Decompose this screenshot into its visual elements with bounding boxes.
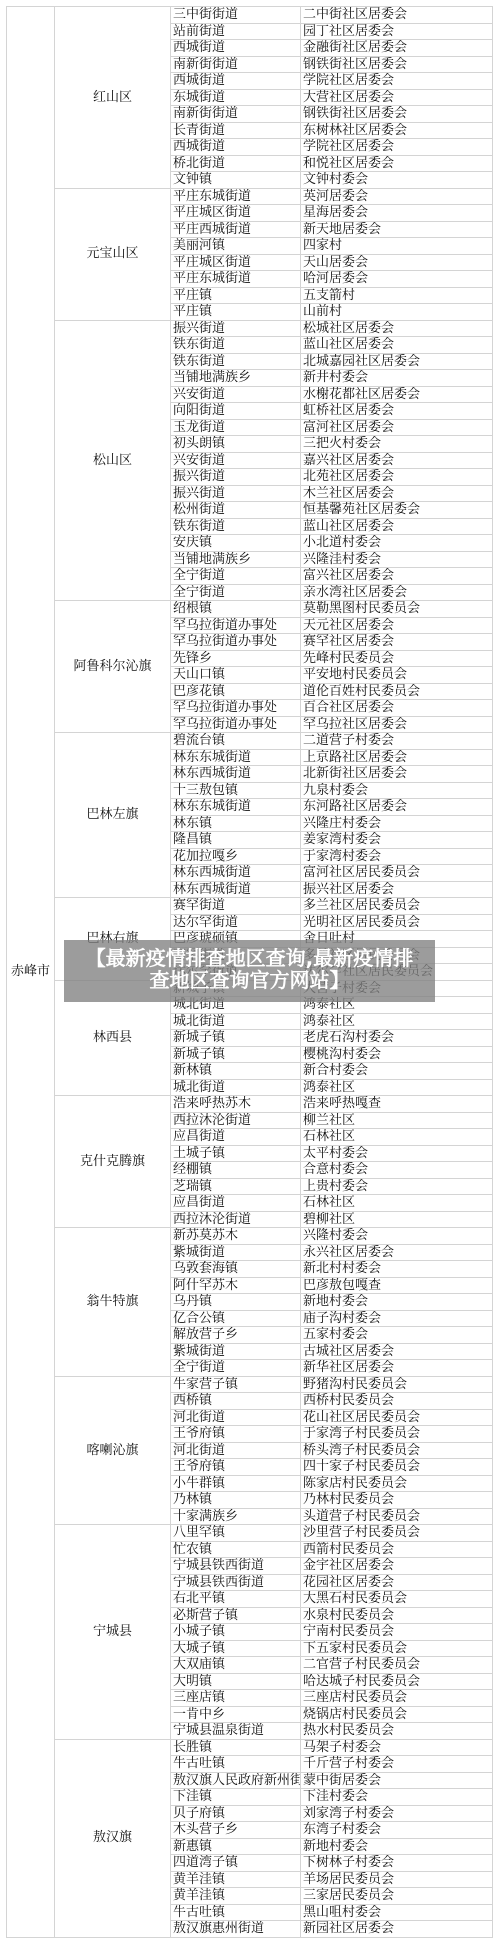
committee-cell: 三把火村委会 xyxy=(301,436,493,453)
town-cell: 铁东街道 xyxy=(171,519,301,536)
town-cell: 阿什罕苏木 xyxy=(171,1278,301,1295)
town-cell: 全宁街道 xyxy=(171,1360,301,1377)
town-cell: 全宁街道 xyxy=(171,585,301,602)
town-cell: 平庄镇 xyxy=(171,288,301,305)
town-cell: 绍根镇 xyxy=(171,601,301,618)
committee-cell: 水泉村民委员会 xyxy=(301,1608,493,1625)
town-cell: 达尔罕街道 xyxy=(171,915,301,932)
banner-title: 【最新疫情排查地区查询,最新疫情排查地区查询官方网站】 xyxy=(86,946,414,992)
committee-cell: 大黑石村民委员会 xyxy=(301,1591,493,1608)
committee-cell: 莫勒黑图村民委员会 xyxy=(301,601,493,618)
committee-cell: 松城社区居委会 xyxy=(301,321,493,338)
town-cell: 平庄镇 xyxy=(171,304,301,321)
town-cell: 十三敖包镇 xyxy=(171,783,301,800)
committee-cell: 五家村委会 xyxy=(301,1327,493,1344)
town-cell: 玉龙街道 xyxy=(171,420,301,437)
committee-cell: 多兰社区居民委员会 xyxy=(301,898,493,915)
committee-cell: 虹桥社区居委会 xyxy=(301,403,493,420)
district-cell: 敖汉旗 xyxy=(55,1740,171,1938)
committee-cell: 木兰社区居委会 xyxy=(301,486,493,503)
town-cell: 西城街道 xyxy=(171,40,301,57)
committee-cell: 蓝山社区居委会 xyxy=(301,337,493,354)
committee-cell: 五支箭村 xyxy=(301,288,493,305)
district-cell: 红山区 xyxy=(55,7,171,189)
committee-cell: 刘家湾子村委会 xyxy=(301,1806,493,1823)
committee-cell: 花园社区居委会 xyxy=(301,1575,493,1592)
watermark-banner: 【最新疫情排查地区查询,最新疫情排查地区查询官方网站】 xyxy=(64,940,435,1002)
town-cell: 碧流台镇 xyxy=(171,733,301,750)
town-cell: 罕乌拉街道办事处 xyxy=(171,618,301,635)
committee-cell: 四十家子村民委员会 xyxy=(301,1459,493,1476)
committee-cell: 上贵村委会 xyxy=(301,1179,493,1196)
committee-cell: 羊场居民委员会 xyxy=(301,1872,493,1889)
committee-cell: 赛罕社区居委会 xyxy=(301,634,493,651)
town-cell: 小城子镇 xyxy=(171,1624,301,1641)
committee-cell: 新井村委会 xyxy=(301,370,493,387)
town-cell: 桥北街道 xyxy=(171,156,301,173)
town-cell: 大城子镇 xyxy=(171,1641,301,1658)
committee-cell: 庙子沟村委会 xyxy=(301,1311,493,1328)
town-cell: 下洼镇 xyxy=(171,1789,301,1806)
committee-cell: 宁南村民委员会 xyxy=(301,1624,493,1641)
committee-cell: 北苑社区居委会 xyxy=(301,469,493,486)
committee-cell: 钢铁街社区居委会 xyxy=(301,57,493,74)
town-cell: 乌敦套海镇 xyxy=(171,1261,301,1278)
committee-cell: 新天地居委会 xyxy=(301,222,493,239)
town-cell: 黄羊洼镇 xyxy=(171,1872,301,1889)
committee-cell: 振兴社区居委会 xyxy=(301,882,493,899)
committee-cell: 罕乌拉社区居委会 xyxy=(301,717,493,734)
town-cell: 长胜镇 xyxy=(171,1740,301,1757)
district-cell: 松山区 xyxy=(55,321,171,602)
town-cell: 亿合公镇 xyxy=(171,1311,301,1328)
committee-cell: 下洼村委会 xyxy=(301,1789,493,1806)
town-cell: 巴彦花镇 xyxy=(171,684,301,701)
committee-cell: 下树林子村委会 xyxy=(301,1855,493,1872)
district-cell: 巴林左旗 xyxy=(55,733,171,898)
committee-cell: 小北道村委会 xyxy=(301,535,493,552)
committee-cell: 乃林村民委员会 xyxy=(301,1492,493,1509)
town-cell: 振兴街道 xyxy=(171,321,301,338)
committee-cell: 天山居委会 xyxy=(301,255,493,272)
committee-cell: 鸿泰社区 xyxy=(301,1080,493,1097)
town-cell: 紫城街道 xyxy=(171,1245,301,1262)
committee-cell: 新北村村委会 xyxy=(301,1261,493,1278)
committee-cell: 钢铁街社区居委会 xyxy=(301,106,493,123)
committee-cell: 园丁社区居委会 xyxy=(301,24,493,41)
town-cell: 解放营子乡 xyxy=(171,1327,301,1344)
committee-cell: 光明社区居民委员会 xyxy=(301,915,493,932)
committee-cell: 哈河居委会 xyxy=(301,271,493,288)
committee-cell: 三家居民委员会 xyxy=(301,1888,493,1905)
town-cell: 西桥镇 xyxy=(171,1393,301,1410)
town-cell: 当铺地满族乡 xyxy=(171,552,301,569)
town-cell: 振兴街道 xyxy=(171,469,301,486)
town-cell: 十家满族乡 xyxy=(171,1509,301,1526)
town-cell: 天山口镇 xyxy=(171,667,301,684)
committee-cell: 新华社区居委会 xyxy=(301,1360,493,1377)
district-cell: 喀喇沁旗 xyxy=(55,1377,171,1526)
district-cell: 翁牛特旗 xyxy=(55,1228,171,1377)
town-cell: 罕乌拉街道办事处 xyxy=(171,634,301,651)
town-cell: 站前街道 xyxy=(171,24,301,41)
committee-cell: 新地村委会 xyxy=(301,1294,493,1311)
committee-cell: 浩来呼热嘎查 xyxy=(301,1096,493,1113)
committee-cell: 热水村民委员会 xyxy=(301,1723,493,1740)
town-cell: 林东西城街道 xyxy=(171,766,301,783)
committee-cell: 西桥村民委员会 xyxy=(301,1393,493,1410)
committee-cell: 道伦百姓村民委员会 xyxy=(301,684,493,701)
town-cell: 宁城县温泉街道 xyxy=(171,1723,301,1740)
town-cell: 浩来呼热苏木 xyxy=(171,1096,301,1113)
town-cell: 城北街道 xyxy=(171,1080,301,1097)
committee-cell: 陈家店村民委员会 xyxy=(301,1476,493,1493)
committee-cell: 恒基馨苑社区居委会 xyxy=(301,502,493,519)
committee-cell: 学院社区居委会 xyxy=(301,139,493,156)
committee-cell: 先峰村民委员会 xyxy=(301,651,493,668)
town-cell: 三座店镇 xyxy=(171,1690,301,1707)
town-cell: 铁东街道 xyxy=(171,354,301,371)
committee-cell: 于家湾村委会 xyxy=(301,849,493,866)
town-cell: 罕乌拉街道办事处 xyxy=(171,717,301,734)
town-cell: 三中街街道 xyxy=(171,7,301,24)
town-cell: 平庄东城街道 xyxy=(171,271,301,288)
town-cell: 初头朗镇 xyxy=(171,436,301,453)
town-cell: 敖汉旗惠州街道 xyxy=(171,1921,301,1938)
district-cell: 克什克腾旗 xyxy=(55,1096,171,1228)
town-cell: 林东东城街道 xyxy=(171,799,301,816)
town-cell: 平庄城区街道 xyxy=(171,205,301,222)
committee-cell: 嘉兴社区居委会 xyxy=(301,453,493,470)
town-cell: 东城街道 xyxy=(171,90,301,107)
town-cell: 一肯中乡 xyxy=(171,1707,301,1724)
town-cell: 黄羊洼镇 xyxy=(171,1888,301,1905)
town-cell: 铁东街道 xyxy=(171,337,301,354)
committee-cell: 新园社区居委会 xyxy=(301,1921,493,1938)
town-cell: 新苏莫苏木 xyxy=(171,1228,301,1245)
committee-cell: 百合社区居委会 xyxy=(301,700,493,717)
town-cell: 应昌街道 xyxy=(171,1129,301,1146)
town-cell: 美丽河镇 xyxy=(171,238,301,255)
committee-cell: 东湾子村委会 xyxy=(301,1822,493,1839)
committee-cell: 鸿泰社区 xyxy=(301,1014,493,1031)
committee-cell: 樱桃沟村委会 xyxy=(301,1047,493,1064)
town-cell: 敖汉旗人民政府新州街 xyxy=(171,1773,301,1790)
committee-cell: 桥头湾子村民委员会 xyxy=(301,1443,493,1460)
committee-cell: 于家湾子村民委员会 xyxy=(301,1426,493,1443)
town-cell: 平庄西城街道 xyxy=(171,222,301,239)
committee-cell: 二官营子村民委员会 xyxy=(301,1657,493,1674)
town-cell: 忙农镇 xyxy=(171,1542,301,1559)
town-cell: 新惠镇 xyxy=(171,1839,301,1856)
committee-cell: 千斤营子村委会 xyxy=(301,1756,493,1773)
committee-cell: 二道营子村委会 xyxy=(301,733,493,750)
committee-cell: 平安地村民委员会 xyxy=(301,667,493,684)
committee-cell: 野猪沟村民委员会 xyxy=(301,1377,493,1394)
town-cell: 隆昌镇 xyxy=(171,832,301,849)
town-cell: 八里罕镇 xyxy=(171,1525,301,1542)
committee-cell: 山前村 xyxy=(301,304,493,321)
town-cell: 牛古吐镇 xyxy=(171,1905,301,1922)
committee-cell: 下五家村民委员会 xyxy=(301,1641,493,1658)
town-cell: 宁城县铁西街道 xyxy=(171,1558,301,1575)
town-cell: 平庄东城街道 xyxy=(171,189,301,206)
town-cell: 西城街道 xyxy=(171,73,301,90)
town-cell: 全宁街道 xyxy=(171,568,301,585)
district-cell: 宁城县 xyxy=(55,1525,171,1740)
town-cell: 文钟镇 xyxy=(171,172,301,189)
town-cell: 南新街街道 xyxy=(171,57,301,74)
committee-cell: 黑山咀村委会 xyxy=(301,1905,493,1922)
committee-cell: 天元社区居委会 xyxy=(301,618,493,635)
town-cell: 安庆镇 xyxy=(171,535,301,552)
committee-cell: 蓝山社区居委会 xyxy=(301,519,493,536)
committee-cell: 九泉村委会 xyxy=(301,783,493,800)
committee-cell: 烧锅店村民委员会 xyxy=(301,1707,493,1724)
town-cell: 当铺地满族乡 xyxy=(171,370,301,387)
committee-cell: 碧柳社区 xyxy=(301,1212,493,1229)
committee-cell: 合意村委会 xyxy=(301,1162,493,1179)
town-cell: 经棚镇 xyxy=(171,1162,301,1179)
town-cell: 新城子镇 xyxy=(171,1047,301,1064)
town-cell: 大双庙镇 xyxy=(171,1657,301,1674)
town-cell: 西拉沐沦街道 xyxy=(171,1212,301,1229)
committee-cell: 马架子村委会 xyxy=(301,1740,493,1757)
committee-cell: 和悦社区居委会 xyxy=(301,156,493,173)
committee-cell: 蒙中街居委会 xyxy=(301,1773,493,1790)
committee-cell: 巴彦敖包嘎查 xyxy=(301,1278,493,1295)
committee-cell: 亲水湾社区居委会 xyxy=(301,585,493,602)
district-cell: 阿鲁科尔沁旗 xyxy=(55,601,171,733)
committee-cell: 太平村委会 xyxy=(301,1146,493,1163)
town-cell: 河北街道 xyxy=(171,1443,301,1460)
town-cell: 乃林镇 xyxy=(171,1492,301,1509)
committee-cell: 新地村委会 xyxy=(301,1839,493,1856)
town-cell: 城北街道 xyxy=(171,1014,301,1031)
town-cell: 花加拉嘎乡 xyxy=(171,849,301,866)
committee-cell: 文钟村委会 xyxy=(301,172,493,189)
committee-cell: 西箭村民委员会 xyxy=(301,1542,493,1559)
town-cell: 牛古吐镇 xyxy=(171,1756,301,1773)
town-cell: 河北街道 xyxy=(171,1410,301,1427)
town-cell: 木头营子乡 xyxy=(171,1822,301,1839)
town-cell: 林东东城街道 xyxy=(171,750,301,767)
committee-cell: 哈达城子村民委员会 xyxy=(301,1674,493,1691)
committee-cell: 兴隆洼村委会 xyxy=(301,552,493,569)
committee-cell: 石林社区 xyxy=(301,1129,493,1146)
town-cell: 平庄城区街道 xyxy=(171,255,301,272)
committee-cell: 东树林社区居委会 xyxy=(301,123,493,140)
town-cell: 必斯营子镇 xyxy=(171,1608,301,1625)
committee-cell: 三座店村民委员会 xyxy=(301,1690,493,1707)
committee-cell: 兴隆村委会 xyxy=(301,1228,493,1245)
town-cell: 乌丹镇 xyxy=(171,1294,301,1311)
committee-cell: 石林社区 xyxy=(301,1195,493,1212)
committee-cell: 学院社区居委会 xyxy=(301,73,493,90)
town-cell: 新城子镇 xyxy=(171,1030,301,1047)
city-cell: 赤峰市 xyxy=(7,7,55,1938)
town-cell: 林东西城街道 xyxy=(171,882,301,899)
town-cell: 长青街道 xyxy=(171,123,301,140)
town-cell: 南新街街道 xyxy=(171,106,301,123)
committee-cell: 星海居委会 xyxy=(301,205,493,222)
committee-cell: 古城社区居委会 xyxy=(301,1344,493,1361)
town-cell: 兴安街道 xyxy=(171,387,301,404)
committee-cell: 老虎石沟村委会 xyxy=(301,1030,493,1047)
committee-cell: 富河社区居民委员会 xyxy=(301,865,493,882)
town-cell: 西城街道 xyxy=(171,139,301,156)
town-cell: 应昌街道 xyxy=(171,1195,301,1212)
committee-cell: 金宇社区居委会 xyxy=(301,1558,493,1575)
committee-cell: 四家村 xyxy=(301,238,493,255)
town-cell: 赛罕街道 xyxy=(171,898,301,915)
committee-cell: 新合村委会 xyxy=(301,1063,493,1080)
town-cell: 四道湾子镇 xyxy=(171,1855,301,1872)
town-cell: 先锋乡 xyxy=(171,651,301,668)
committee-cell: 北新街社区居委会 xyxy=(301,766,493,783)
committee-cell: 富河社区居委会 xyxy=(301,420,493,437)
town-cell: 牛家营子镇 xyxy=(171,1377,301,1394)
town-cell: 王爷府镇 xyxy=(171,1426,301,1443)
town-cell: 土城子镇 xyxy=(171,1146,301,1163)
committee-cell: 英河居委会 xyxy=(301,189,493,206)
committee-cell: 北城嘉园社区居委会 xyxy=(301,354,493,371)
committee-cell: 沙里营子村民委员会 xyxy=(301,1525,493,1542)
district-cell: 元宝山区 xyxy=(55,189,171,321)
committee-cell: 大营社区居委会 xyxy=(301,90,493,107)
town-cell: 向阳街道 xyxy=(171,403,301,420)
committee-cell: 花山社区居民委员会 xyxy=(301,1410,493,1427)
committee-cell: 水榭花都社区居委会 xyxy=(301,387,493,404)
committee-cell: 金融街社区居委会 xyxy=(301,40,493,57)
town-cell: 林东镇 xyxy=(171,816,301,833)
committee-cell: 永兴社区居委会 xyxy=(301,1245,493,1262)
town-cell: 松州街道 xyxy=(171,502,301,519)
committee-cell: 富兴社区居委会 xyxy=(301,568,493,585)
town-cell: 兴安街道 xyxy=(171,453,301,470)
town-cell: 西拉沐沦街道 xyxy=(171,1113,301,1130)
town-cell: 王爷府镇 xyxy=(171,1459,301,1476)
committee-cell: 柳兰社区 xyxy=(301,1113,493,1130)
town-cell: 小牛群镇 xyxy=(171,1476,301,1493)
town-cell: 右北平镇 xyxy=(171,1591,301,1608)
committee-cell: 兴隆庄村委会 xyxy=(301,816,493,833)
town-cell: 贝子府镇 xyxy=(171,1806,301,1823)
committee-cell: 姜家湾村委会 xyxy=(301,832,493,849)
town-cell: 罕乌拉街道办事处 xyxy=(171,700,301,717)
committee-cell: 东河路社区居委会 xyxy=(301,799,493,816)
town-cell: 芝瑞镇 xyxy=(171,1179,301,1196)
town-cell: 林东西城街道 xyxy=(171,865,301,882)
town-cell: 振兴街道 xyxy=(171,486,301,503)
town-cell: 新林镇 xyxy=(171,1063,301,1080)
town-cell: 紫城街道 xyxy=(171,1344,301,1361)
committee-cell: 上京路社区居委会 xyxy=(301,750,493,767)
committee-cell: 二中街社区居委会 xyxy=(301,7,493,24)
town-cell: 大明镇 xyxy=(171,1674,301,1691)
committee-cell: 头道营子村民委员会 xyxy=(301,1509,493,1526)
town-cell: 宁城县铁西街道 xyxy=(171,1575,301,1592)
